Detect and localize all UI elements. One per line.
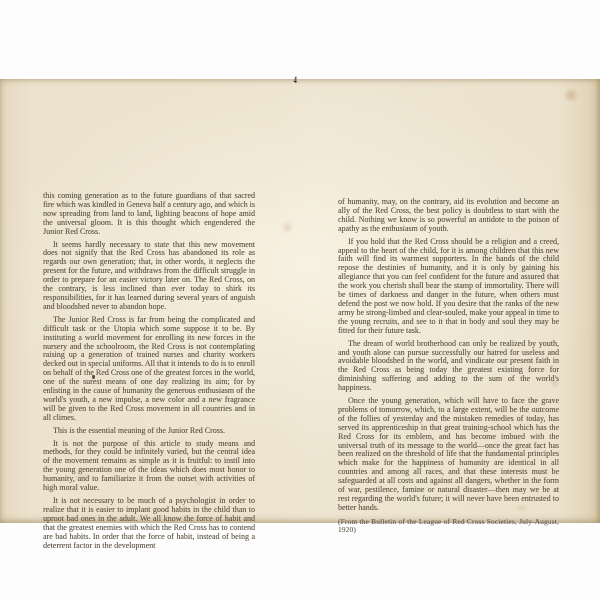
paragraph: It seems hardly necessary to state that … [43, 241, 255, 312]
paragraph: It is not necessary to be much of a psyc… [43, 497, 255, 550]
left-column: this coming generation as to the future … [43, 192, 255, 554]
scanned-page: 4 this coming generation as to the futur… [0, 79, 600, 523]
paragraph: It is not the purpose of this article to… [43, 440, 255, 493]
right-column: of humanity, may, on the contrary, aid i… [338, 198, 559, 535]
paragraph: This is the essential meaning of the Jun… [43, 427, 255, 436]
paragraph: Once the young generation, which will ha… [338, 397, 559, 513]
paragraph: The dream of world brotherhood can only … [338, 340, 559, 393]
foxing-stain [281, 221, 294, 234]
paragraph: of humanity, may, on the contrary, aid i… [338, 198, 559, 234]
paragraph: If you hold that the Red Cross should be… [338, 238, 559, 336]
page-number-mark: 4 [294, 74, 297, 86]
paragraph: this coming generation as to the future … [43, 192, 255, 237]
paragraph: The Junior Red Cross is far from being t… [43, 316, 255, 423]
citation: (From the Bulletin of the League of Red … [338, 518, 559, 535]
scan-canvas: 4 this coming generation as to the futur… [0, 0, 600, 600]
foxing-stain [563, 87, 579, 103]
